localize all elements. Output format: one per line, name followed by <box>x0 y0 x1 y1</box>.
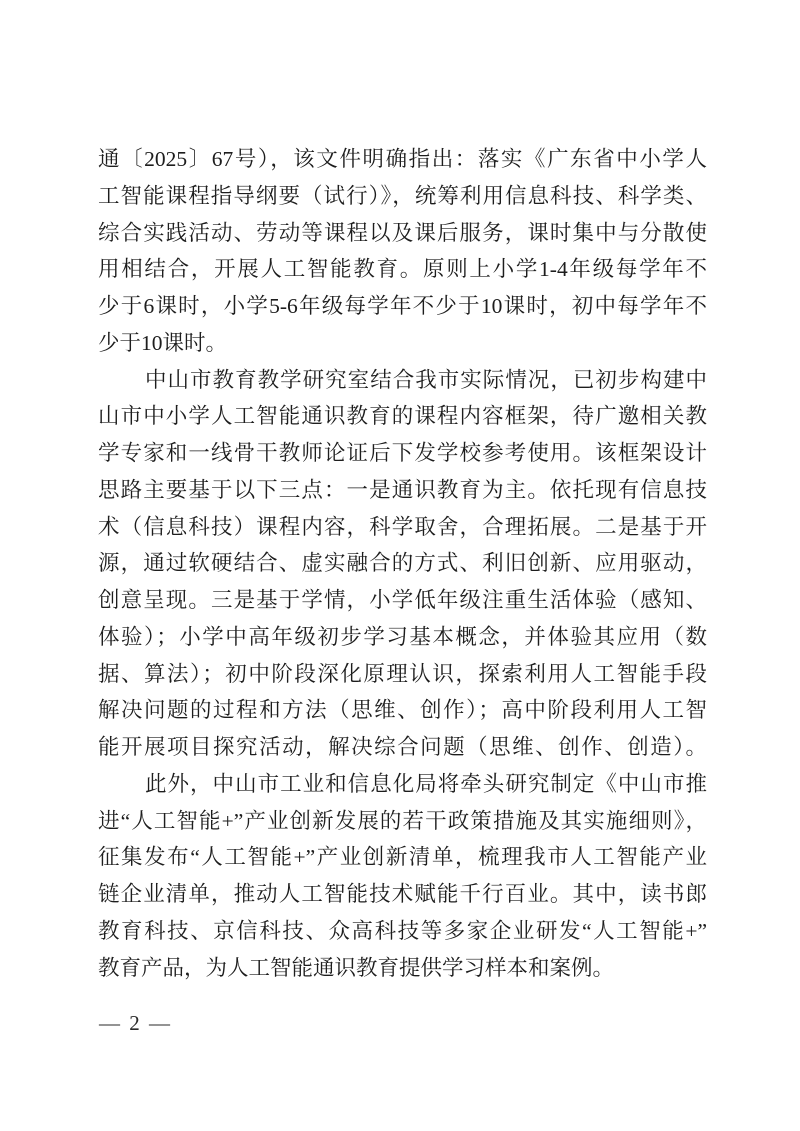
text-line: 教育科技、京信科技、众高科技等多家企业研发“人工智能+” <box>98 913 707 950</box>
text-line: 链企业清单，推动人工智能技术赋能千行百业。其中，读书郎 <box>98 876 707 913</box>
text-line: 此外，中山市工业和信息化局将牵头研究制定《中山市推 <box>98 766 707 803</box>
text-line: 中山市教育教学研究室结合我市实际情况，已初步构建中 <box>98 362 707 399</box>
text-line: 用相结合，开展人工智能教育。原则上小学1-4年级每学年不 <box>98 251 707 288</box>
text-line: 进“人工智能+”产业创新发展的若干政策措施及其实施细则》， <box>98 803 707 840</box>
text-line: 教育产品，为人工智能通识教育提供学习样本和案例。 <box>98 950 707 987</box>
document-body: 通〔2025〕67号），该文件明确指出：落实《广东省中小学人工智能课程指导纲要（… <box>98 141 707 986</box>
text-line: 据、算法）；初中阶段深化原理认识，探索利用人工智能手段 <box>98 656 707 693</box>
text-line: 思路主要基于以下三点：一是通识教育为主。依托现有信息技 <box>98 472 707 509</box>
text-line: 工智能课程指导纲要（试行）》，统筹利用信息科技、科学类、 <box>98 178 707 215</box>
text-line: 能开展项目探究活动，解决综合问题（思维、创作、创造）。 <box>98 729 707 766</box>
document-page: 通〔2025〕67号），该文件明确指出：落实《广东省中小学人工智能课程指导纲要（… <box>0 0 800 1131</box>
text-line: 少于10课时。 <box>98 325 707 362</box>
text-line: 山市中小学人工智能通识教育的课程内容框架，待广邀相关教 <box>98 398 707 435</box>
text-line: 学专家和一线骨干教师论证后下发学校参考使用。该框架设计 <box>98 435 707 472</box>
text-line: 少于6课时，小学5-6年级每学年不少于10课时，初中每学年不 <box>98 288 707 325</box>
text-line: 创意呈现。三是基于学情，小学低年级注重生活体验（感知、 <box>98 582 707 619</box>
page-number: — 2 — <box>99 1008 172 1038</box>
text-line: 征集发布“人工智能+”产业创新清单，梳理我市人工智能产业 <box>98 839 707 876</box>
text-line: 术（信息科技）课程内容，科学取舍，合理拓展。二是基于开 <box>98 509 707 546</box>
text-line: 综合实践活动、劳动等课程以及课后服务，课时集中与分散使 <box>98 215 707 252</box>
text-line: 体验）；小学中高年级初步学习基本概念，并体验其应用（数 <box>98 619 707 656</box>
text-line: 源，通过软硬结合、虚实融合的方式、利旧创新、应用驱动， <box>98 545 707 582</box>
text-line: 通〔2025〕67号），该文件明确指出：落实《广东省中小学人 <box>98 141 707 178</box>
text-line: 解决问题的过程和方法（思维、创作）；高中阶段利用人工智 <box>98 692 707 729</box>
